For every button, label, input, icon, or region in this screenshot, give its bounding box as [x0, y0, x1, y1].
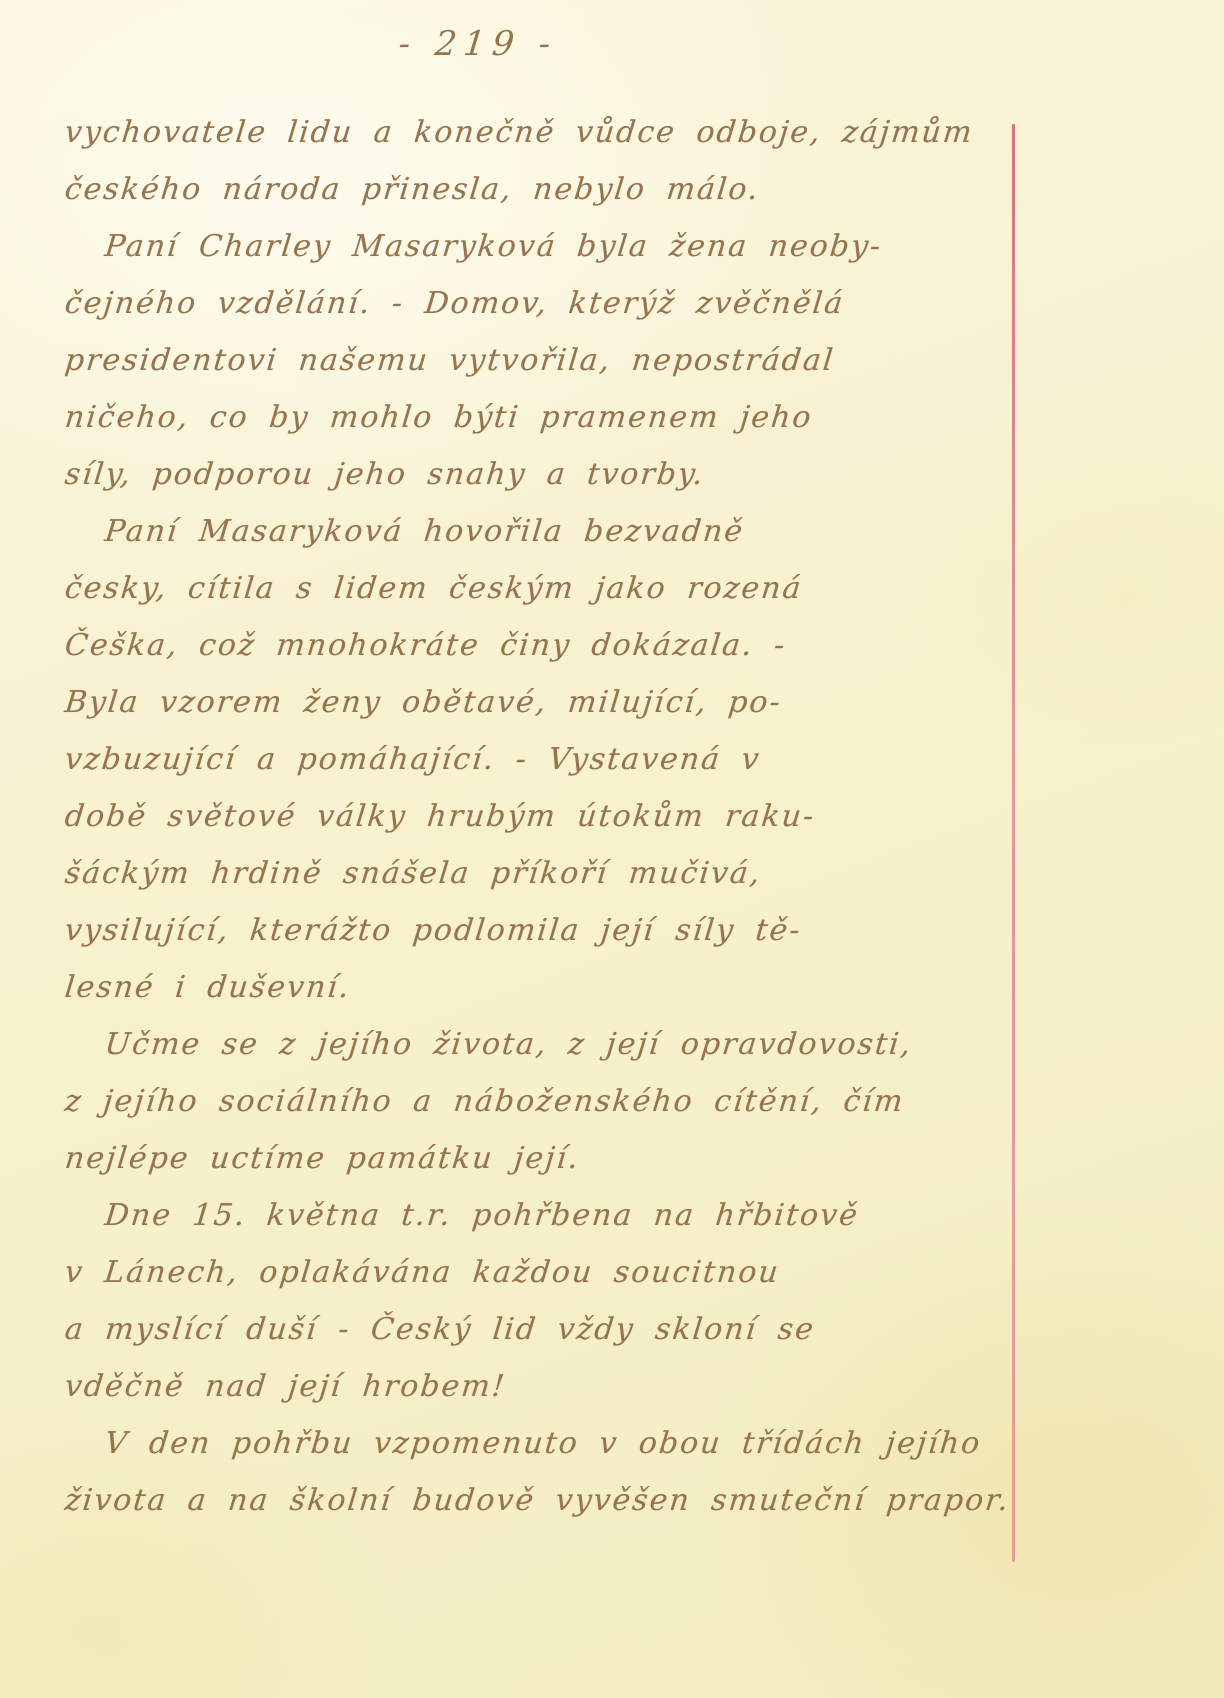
handwritten-line: Byla vzorem ženy obětavé, milující, po- [62, 674, 1218, 731]
handwritten-line: Paní Charley Masaryková byla žena neoby- [62, 218, 1218, 275]
handwritten-line: čejného vzdělání. - Domov, kterýž zvěčně… [62, 275, 1218, 332]
handwritten-line: vysilující, kterážto podlomila její síly… [62, 902, 1218, 959]
handwritten-line: života a na školní budově vyvěšen smuteč… [62, 1472, 1218, 1529]
handwritten-line: nejlépe uctíme památku její. [62, 1130, 1218, 1187]
handwritten-line: presidentovi našemu vytvořila, nepostrád… [62, 332, 1218, 389]
handwritten-line: Paní Masaryková hovořila bezvadně [62, 503, 1218, 560]
handwritten-line: Dne 15. května t.r. pohřbena na hřbitově [62, 1187, 1218, 1244]
handwritten-line: vzbuzující a pomáhající. - Vystavená v [62, 731, 1218, 788]
handwritten-line: vděčně nad její hrobem! [62, 1358, 1218, 1415]
handwritten-line: a myslící duší - Český lid vždy skloní s… [62, 1301, 1218, 1358]
handwritten-line: v Lánech, oplakávána každou soucitnou [62, 1244, 1218, 1301]
handwritten-line: vychovatele lidu a konečně vůdce odboje,… [62, 104, 1218, 161]
handwritten-line: V den pohřbu vzpomenuto v obou třídách j… [62, 1415, 1218, 1472]
handwritten-line: Češka, což mnohokráte činy dokázala. - [62, 617, 1218, 674]
handwritten-line: českého národa přinesla, nebylo málo. [62, 161, 1218, 218]
handwritten-line: šáckým hrdině snášela příkoří mučivá, [62, 845, 1218, 902]
handwritten-line: z jejího sociálního a náboženského cítěn… [62, 1073, 1218, 1130]
text-body: vychovatele lidu a konečně vůdce odboje,… [62, 104, 1212, 1529]
handwritten-line: době světové války hrubým útokům raku- [62, 788, 1218, 845]
handwritten-line: Učme se z jejího života, z její opravdov… [62, 1016, 1218, 1073]
handwritten-line: lesné i duševní. [62, 959, 1218, 1016]
handwritten-line: česky, cítila s lidem českým jako rozená [62, 560, 1218, 617]
handwritten-line: síly, podporou jeho snahy a tvorby. [62, 446, 1218, 503]
page-number: - 219 - [366, 24, 590, 64]
handwritten-line: ničeho, co by mohlo býti pramenem jeho [62, 389, 1218, 446]
